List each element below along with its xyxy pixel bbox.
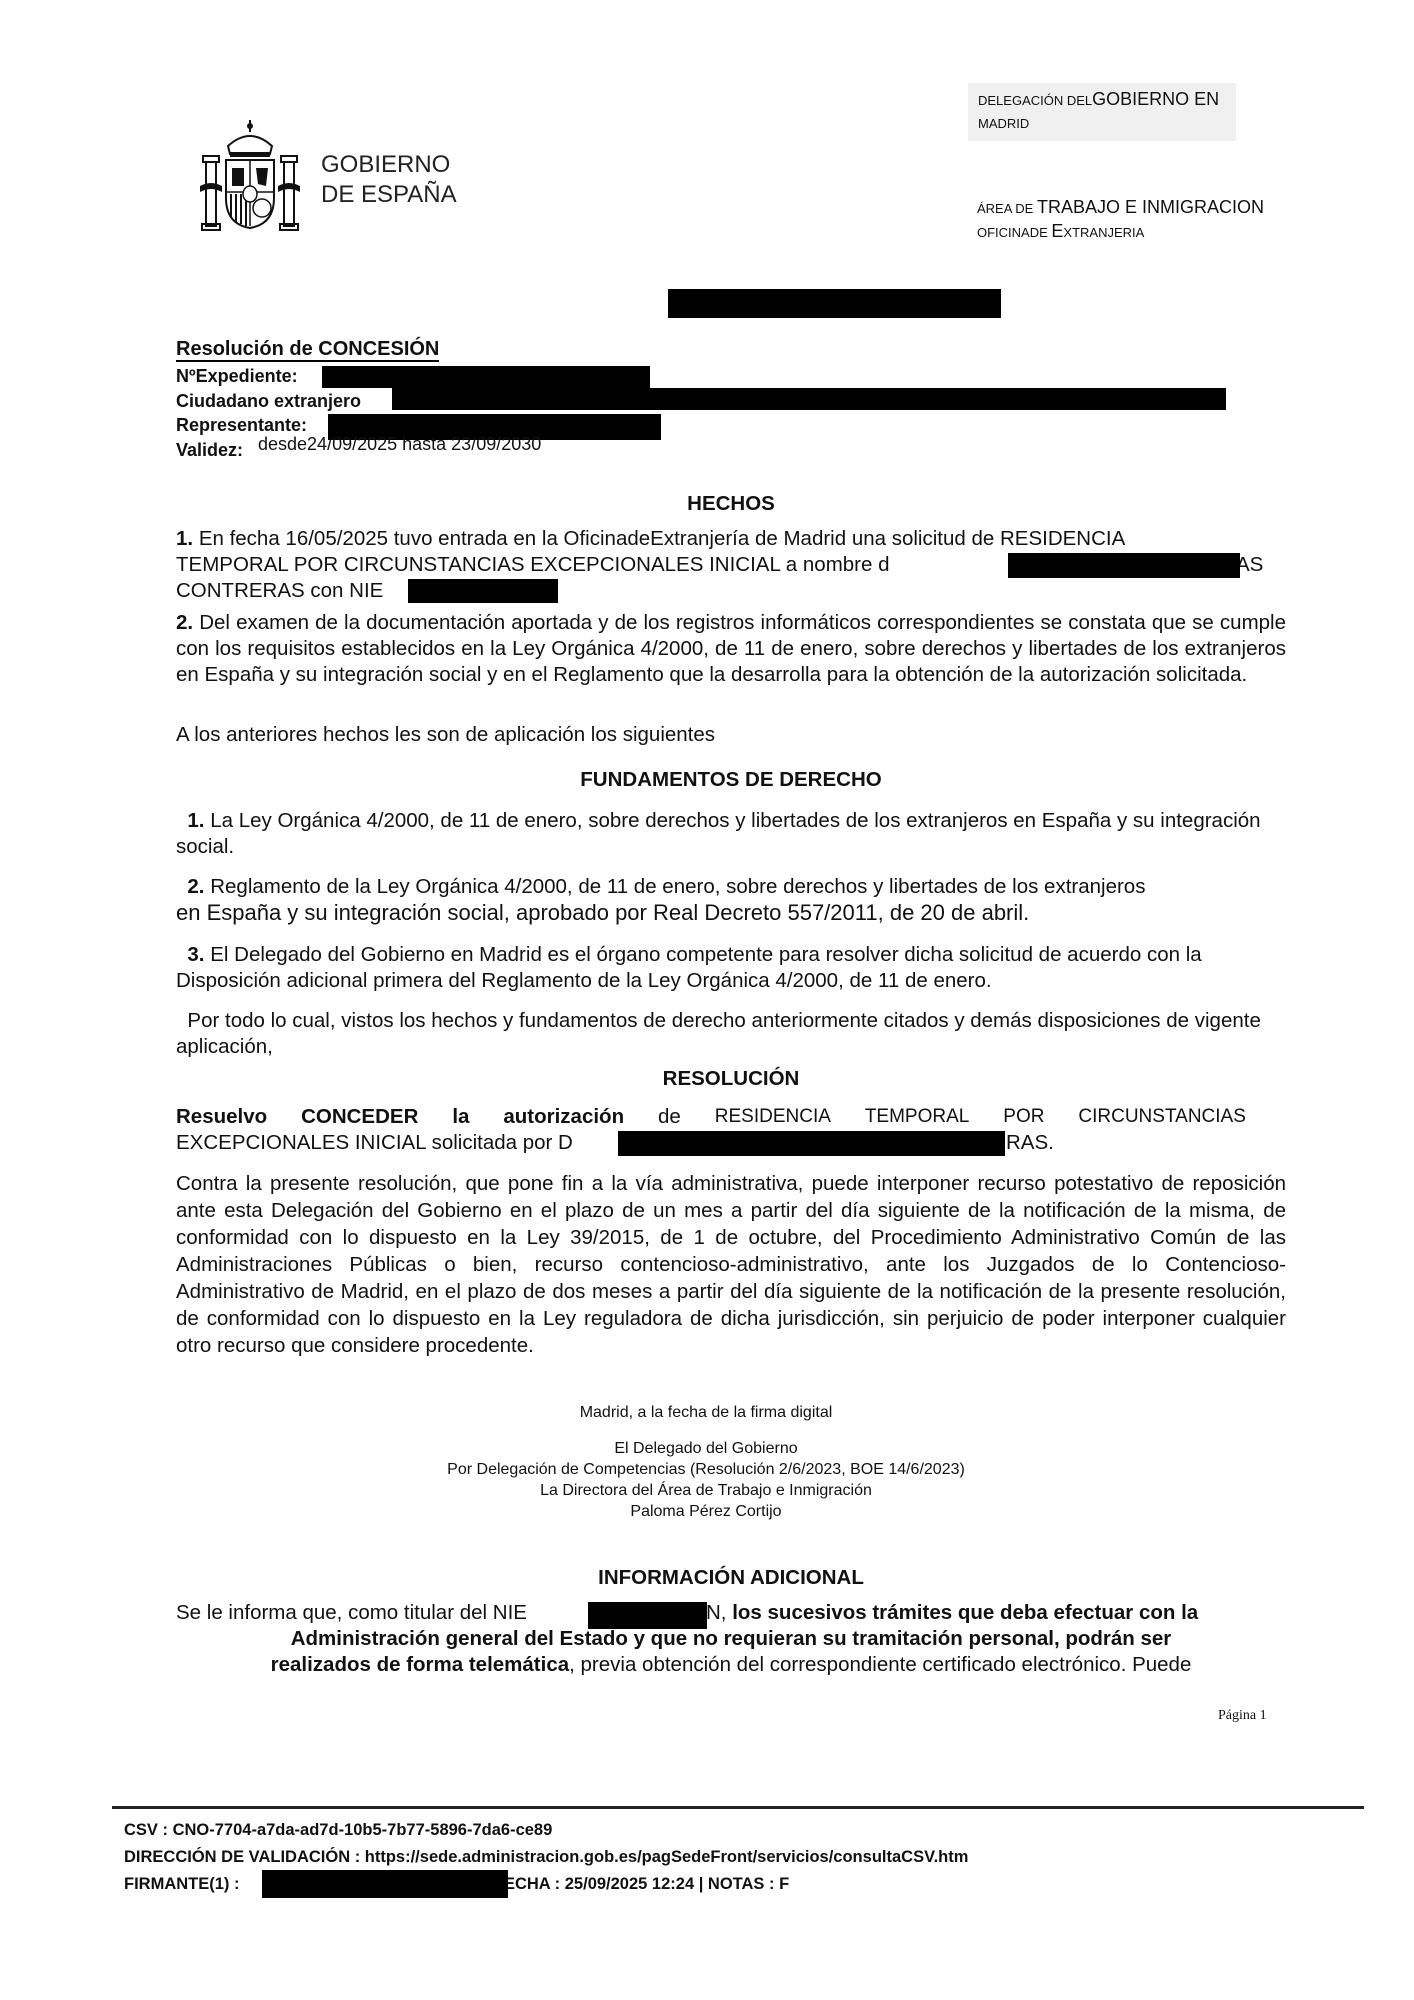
page-number: Página 1 (1218, 1708, 1267, 1724)
fundamentos-closing: Por todo lo cual, vistos los hechos y fu… (176, 1008, 1286, 1060)
signer-title: La Directora del Área de Trabajo e Inmig… (176, 1480, 1236, 1501)
item-number: 1. (176, 527, 193, 550)
item-number: 1. (187, 809, 204, 832)
firmante-label: FIRMANTE(1) : (124, 1875, 239, 1893)
item-number: 3. (187, 943, 204, 966)
document-title: Resolución de CONCESIÓN (176, 338, 439, 362)
decision-word: CIRCUNSTANCIAS (1078, 1104, 1246, 1130)
decision-word: POR (1003, 1104, 1044, 1130)
decision-word: de (658, 1104, 681, 1130)
delegation-reference: Por Delegación de Competencias (Resoluci… (176, 1459, 1236, 1480)
hechos-heading: HECHOS (176, 492, 1286, 516)
validez-label: Validez: (176, 440, 243, 460)
delegation-box: DELEGACIÓN DELGOBIERNO EN MADRID (968, 83, 1236, 141)
closing-text: Por todo lo cual, vistos los hechos y fu… (176, 1009, 1261, 1058)
area-label: ÁREA DE TRABAJO E INMIGRACION OFICINADE … (977, 196, 1264, 244)
fundamentos-heading: FUNDAMENTOS DE DERECHO (176, 768, 1286, 792)
signature-block: El Delegado del Gobierno Por Delegación … (176, 1438, 1236, 1522)
spain-coat-of-arms-icon (200, 118, 300, 233)
delegation-city: MADRID (978, 116, 1029, 131)
item-text: El Delegado del Gobierno en Madrid es el… (176, 943, 1202, 992)
decision-text: EXCEPCIONALES INICIAL solicitada por D (176, 1131, 573, 1154)
fecha-notas: | FECHA : 25/09/2025 12:24 | NOTAS : F (485, 1875, 790, 1893)
ciudadano-label: Ciudadano extranjero (176, 391, 361, 411)
area-prefix: ÁREA DE (977, 201, 1037, 216)
redacted-name (1008, 553, 1240, 578)
delegation-label: DELEGACIÓN DEL (978, 93, 1092, 108)
area-name: TRABAJO E INMIGRACION (1037, 197, 1264, 217)
decision-word: RESIDENCIA (715, 1104, 831, 1130)
info-heading: INFORMACIÓN ADICIONAL (176, 1566, 1286, 1590)
info-text-bold: Administración general del Estado y que … (291, 1627, 1172, 1650)
redacted-ciudadano (392, 388, 1226, 410)
info-text-bold: realizados de forma telemática (271, 1653, 570, 1676)
info-text: , previa obtención del correspondiente c… (569, 1653, 1191, 1676)
office-initial: E (1051, 221, 1063, 241)
item-text: AS (1236, 552, 1263, 578)
redacted-expediente (322, 366, 650, 388)
gov-name-line2: DE ESPAÑA (321, 180, 457, 210)
item-text: Reglamento de la Ley Orgánica 4/2000, de… (210, 875, 1145, 898)
office-prefix: OFICINADE (977, 225, 1051, 240)
fundamento-item-1: 1. La Ley Orgánica 4/2000, de 11 de ener… (176, 808, 1286, 860)
redacted-firmante (262, 1870, 508, 1898)
redacted-nie (408, 579, 558, 603)
item-number: 2. (187, 875, 204, 898)
item-text: La Ley Orgánica 4/2000, de 11 de enero, … (176, 809, 1261, 858)
redacted-block (668, 289, 1001, 318)
hechos-closing: A los anteriores hechos les son de aplic… (176, 722, 1286, 748)
item-text: en España y su integración social, aprob… (176, 900, 1286, 926)
info-text: N, (706, 1601, 732, 1624)
decision-word: TEMPORAL (865, 1104, 970, 1130)
recurso-paragraph: Contra la presente resolución, que pone … (176, 1170, 1286, 1359)
info-paragraph: Se le informa que, como titular del NIEN… (176, 1600, 1286, 1678)
delegation-label-big: GOBIERNO EN (1092, 89, 1219, 109)
office-name: XTRANJERIA (1063, 225, 1144, 240)
signer-name: Paloma Pérez Cortijo (176, 1501, 1236, 1522)
hechos-item-2: 2. Del examen de la documentación aporta… (176, 610, 1286, 688)
expediente-label: NºExpediente: (176, 366, 298, 386)
item-text: CONTRERAS con NIE (176, 579, 383, 602)
redacted-nie (588, 1602, 707, 1629)
redacted-name (618, 1131, 1005, 1156)
decision-word: Resuelvo (176, 1104, 267, 1130)
decision-word: autorización (503, 1104, 624, 1130)
government-name: GOBIERNO DE ESPAÑA (321, 150, 457, 210)
footer-divider (112, 1806, 1364, 1809)
decision-word: CONCEDER (301, 1104, 418, 1130)
item-text: TEMPORAL POR CIRCUNSTANCIAS EXCEPCIONALE… (176, 553, 890, 576)
validez-value: desde24/09/2025 hasta 23/09/2030 (258, 434, 541, 455)
place-date: Madrid, a la fecha de la firma digital (176, 1402, 1236, 1423)
item-number: 2. (176, 611, 193, 634)
signer-role: El Delegado del Gobierno (176, 1438, 1236, 1459)
info-text: Se le informa que, como titular del NIE (176, 1601, 527, 1624)
item-text: Del examen de la documentación aportada … (176, 611, 1286, 686)
representante-label: Representante: (176, 415, 307, 435)
fundamento-item-3: 3. El Delegado del Gobierno en Madrid es… (176, 942, 1286, 994)
gov-name-line1: GOBIERNO (321, 150, 457, 180)
csv-code: CSV : CNO-7704-a7da-ad7d-10b5-7b77-5896-… (124, 1820, 552, 1840)
resolucion-heading: RESOLUCIÓN (176, 1067, 1286, 1091)
decision-word: la (452, 1104, 469, 1130)
validation-url: DIRECCIÓN DE VALIDACIÓN : https://sede.a… (124, 1847, 968, 1867)
info-text-bold: los sucesivos trámites que deba efectuar… (732, 1601, 1198, 1624)
item-text: En fecha 16/05/2025 tuvo entrada en la O… (199, 527, 1125, 550)
decision-text: RAS. (1006, 1130, 1054, 1156)
fundamento-item-2: 2. Reglamento de la Ley Orgánica 4/2000,… (176, 874, 1286, 926)
